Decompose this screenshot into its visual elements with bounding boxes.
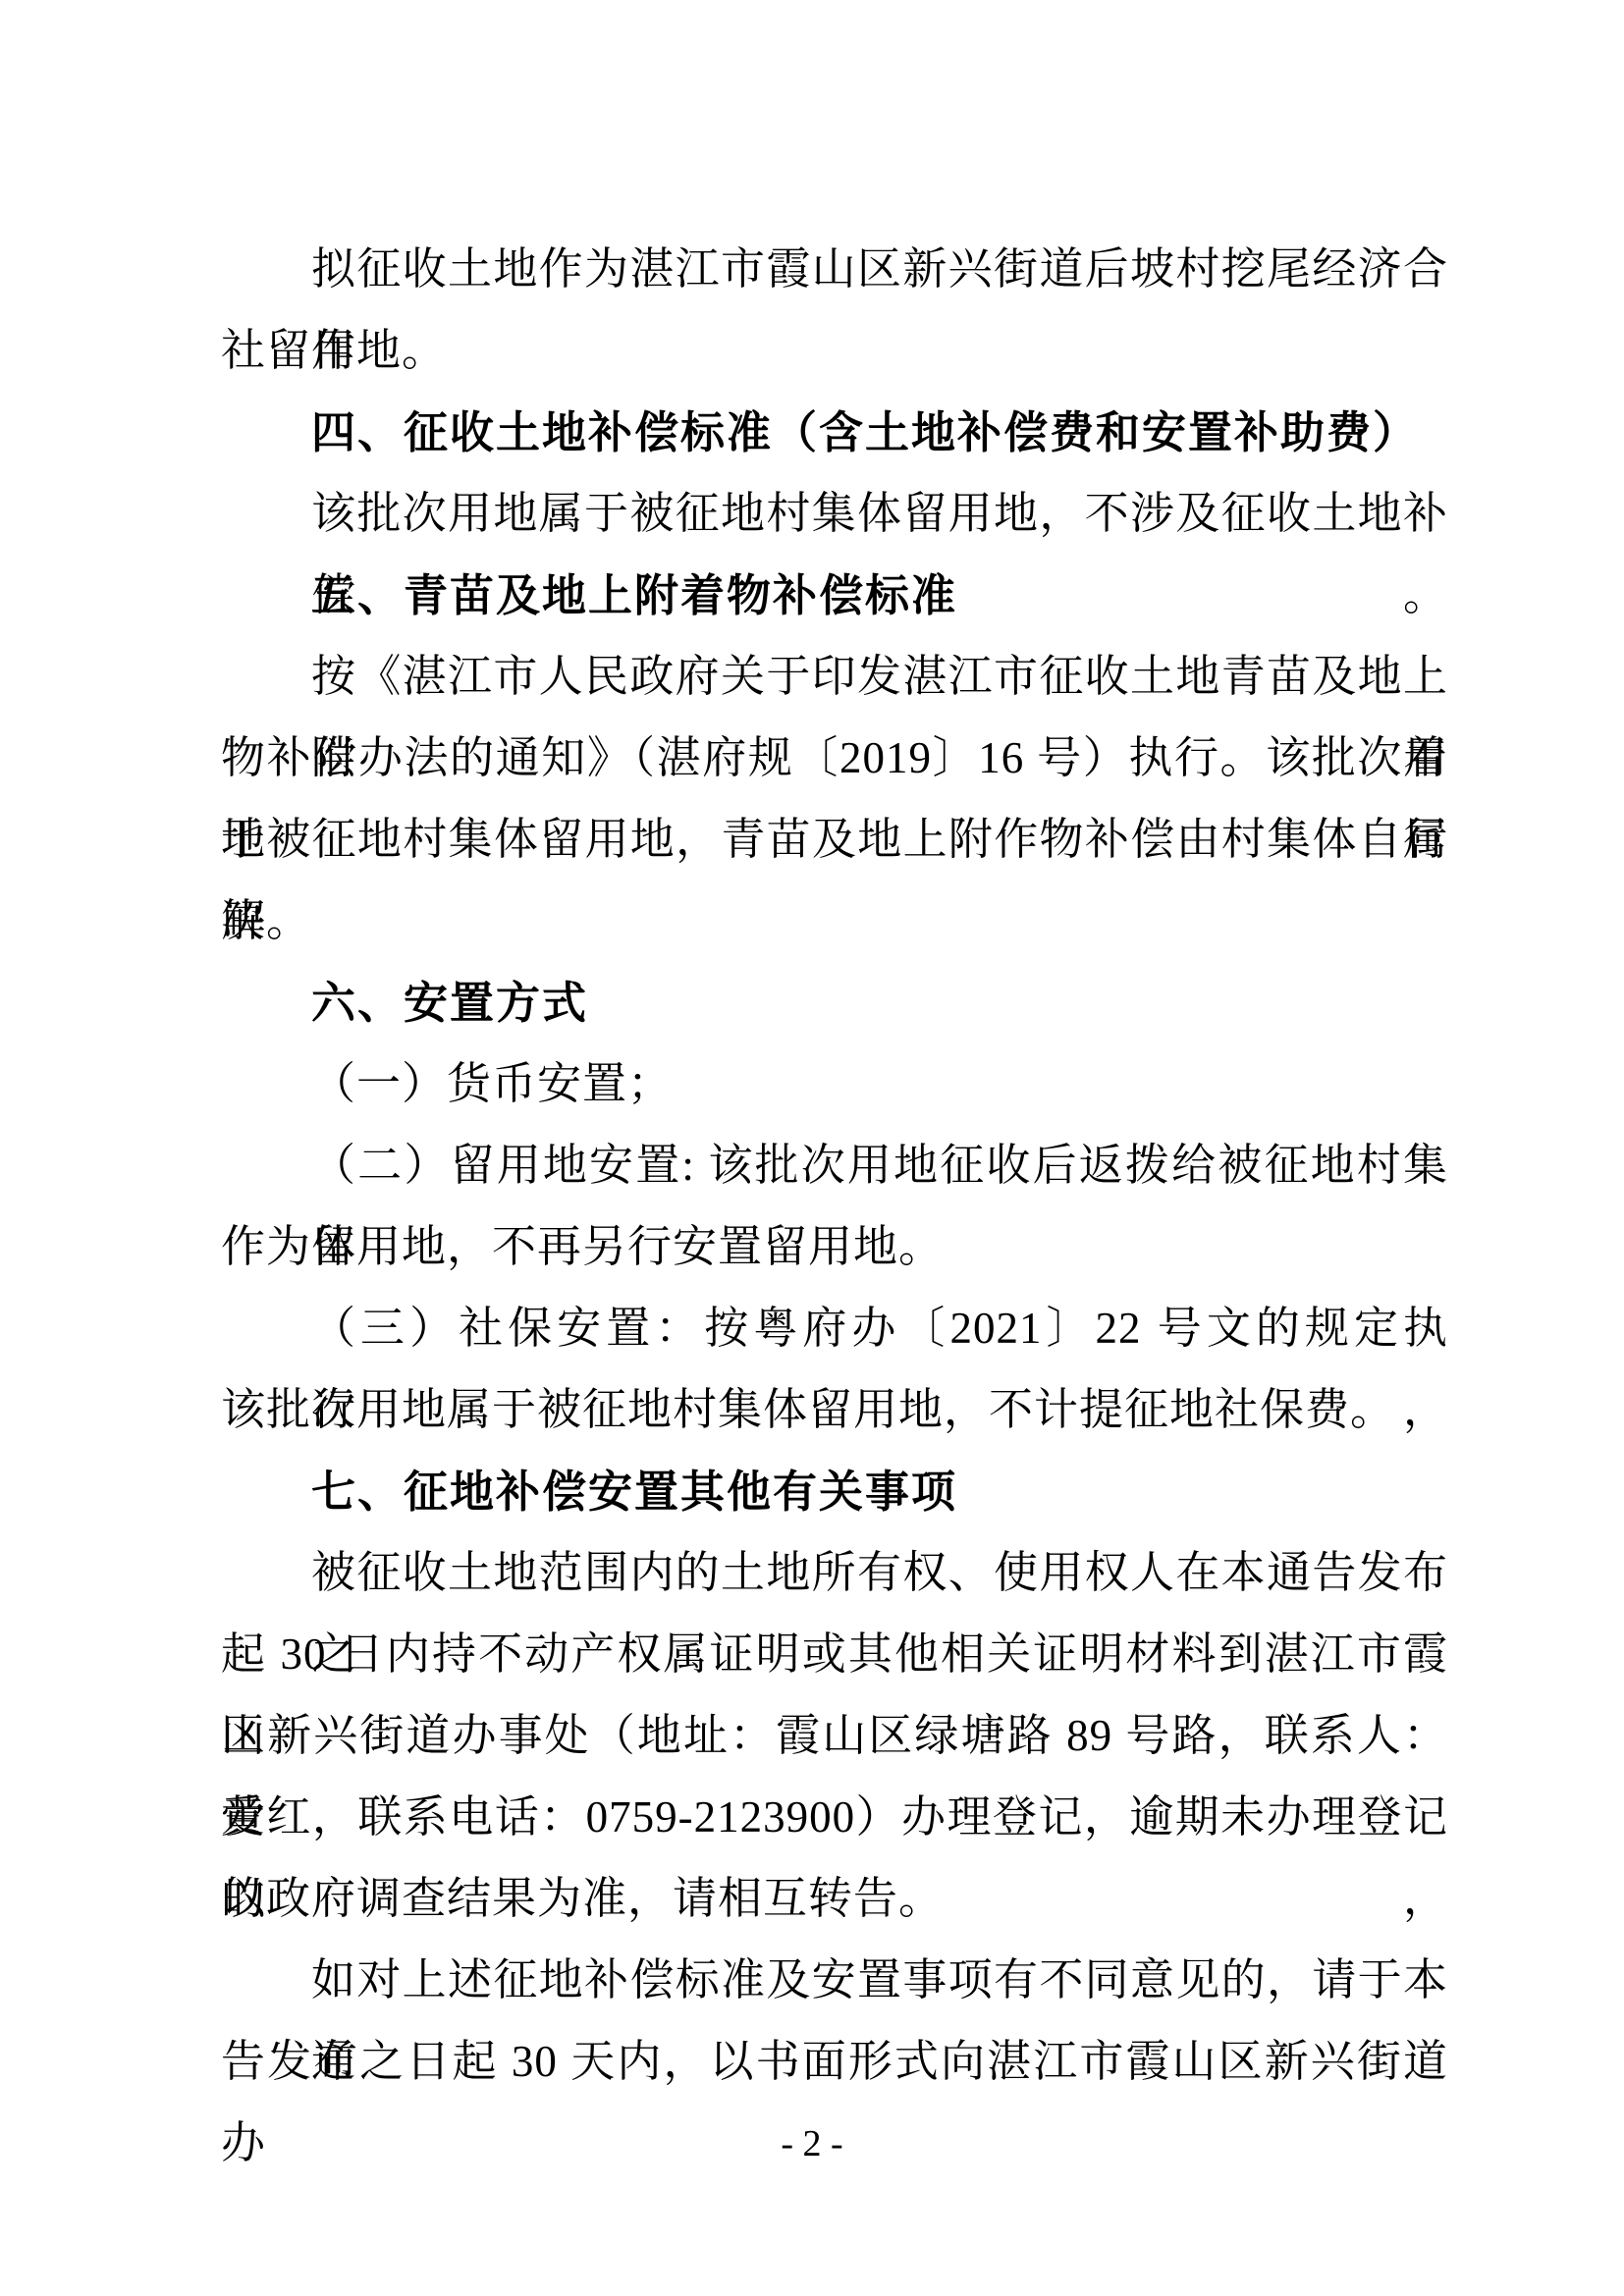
- text-line-8: 于被征地村集体留用地，青苗及地上附作物补偿由村集体自行解: [221, 799, 1448, 881]
- text-line-11: （一）货币安置；: [221, 1043, 1448, 1125]
- text-line-4: 该批次用地属于被征地村集体留用地，不涉及征收土地补偿。: [221, 473, 1448, 555]
- text-line-2: 社留用地。: [221, 310, 1448, 392]
- text-line-17: 被征收土地范围内的土地所有权、使用权人在本通告发布之: [221, 1532, 1448, 1614]
- text-line-3: 四、征收土地补偿标准（含土地补偿费和安置补助费）: [221, 392, 1448, 473]
- page-number: - 2 -: [0, 2120, 1624, 2167]
- text-line-22: 如对上述征地补偿标准及安置事项有不同意见的，请于本通: [221, 1940, 1448, 2021]
- text-line-18: 起 30 日内持不动产权属证明或其他相关证明材料到湛江市霞山: [221, 1614, 1448, 1695]
- document-page: 拟征收土地作为湛江市霞山区新兴街道后坡村挖尾经济合作社留用地。四、征收土地补偿标…: [0, 0, 1624, 2296]
- text-line-6: 按《湛江市人民政府关于印发湛江市征收土地青苗及地上附着: [221, 636, 1448, 718]
- text-line-1: 拟征收土地作为湛江市霞山区新兴街道后坡村挖尾经济合作: [221, 229, 1448, 310]
- text-line-14: （三）社保安置：按粤府办〔2021〕22 号文的规定执行，: [221, 1288, 1448, 1369]
- text-line-16: 七、征地补偿安置其他有关事项: [221, 1451, 1448, 1532]
- text-line-20: 爱红，联系电话：0759-2123900）办理登记，逾期未办理登记的，: [221, 1777, 1448, 1858]
- text-line-9: 决。: [221, 881, 1448, 962]
- text-line-23: 告发布之日起 30 天内，以书面形式向湛江市霞山区新兴街道办: [221, 2021, 1448, 2103]
- text-line-19: 区新兴街道办事处（地址：霞山区绿塘路 89 号路，联系人：黄: [221, 1695, 1448, 1777]
- text-line-15: 该批次用地属于被征地村集体留用地，不计提征地社保费。: [221, 1369, 1448, 1451]
- text-line-7: 物补偿办法的通知》（湛府规〔2019〕16 号）执行。该批次用地属: [221, 718, 1448, 799]
- text-line-13: 作为留用地，不再另行安置留用地。: [221, 1206, 1448, 1288]
- text-line-12: （二）留用地安置: 该批次用地征收后返拨给被征地村集体: [221, 1125, 1448, 1206]
- document-body: 拟征收土地作为湛江市霞山区新兴街道后坡村挖尾经济合作社留用地。四、征收土地补偿标…: [221, 229, 1448, 2103]
- text-line-10: 六、安置方式: [221, 962, 1448, 1043]
